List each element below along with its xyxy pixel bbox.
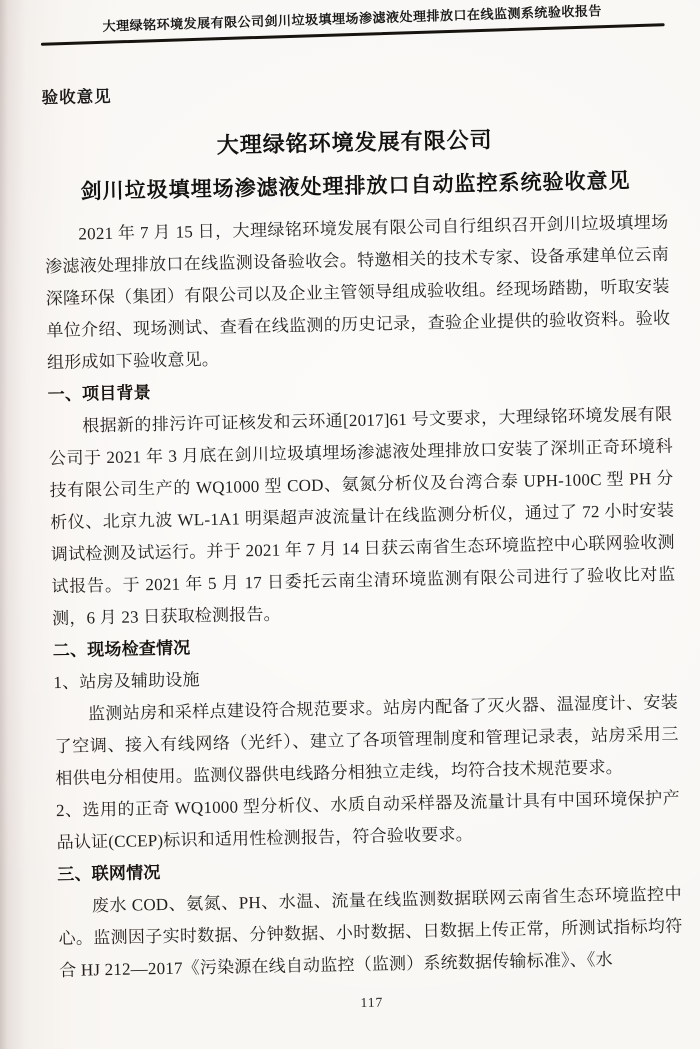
document-body: 2021 年 7 月 15 日，大理绿铭环境发展有限公司自行组织召开剑川垃圾填埋… <box>44 207 683 987</box>
document-title-subject: 剑川垃圾填埋场渗滤液处理排放口自动监控系统验收意见 <box>43 165 667 208</box>
corner-label: 验收意见 <box>41 72 665 109</box>
document-title-company: 大理绿铭环境发展有限公司 <box>42 122 666 165</box>
scanned-document-page: { "scan": { "running_header": "大理绿铭环境发展有… <box>0 0 700 1049</box>
page-number: 117 <box>60 989 684 1018</box>
section2-item1-paragraph: 监测站房和采样点建设符合规范要求。站房内配备了灭火器、温湿度计、安装了空调、接入… <box>54 687 680 796</box>
section1-paragraph: 根据新的排污许可证核发和云环通[2017]61 号文要求，大理绿铭环境发展有限公… <box>48 399 676 635</box>
intro-paragraph: 2021 年 7 月 15 日，大理绿铭环境发展有限公司自行组织召开剑川垃圾填埋… <box>44 207 671 379</box>
section3-paragraph: 废水 COD、氨氮、PH、水温、流量在线监测数据联网云南省生态环境监控中心。监测… <box>58 879 684 988</box>
page-header: 大理绿铭环境发展有限公司剑川垃圾填埋场渗滤液处理排放口在线监测系统验收报告 <box>40 0 665 46</box>
document-sheet: 大理绿铭环境发展有限公司剑川垃圾填埋场渗滤液处理排放口在线监测系统验收报告 验收… <box>40 4 684 1017</box>
